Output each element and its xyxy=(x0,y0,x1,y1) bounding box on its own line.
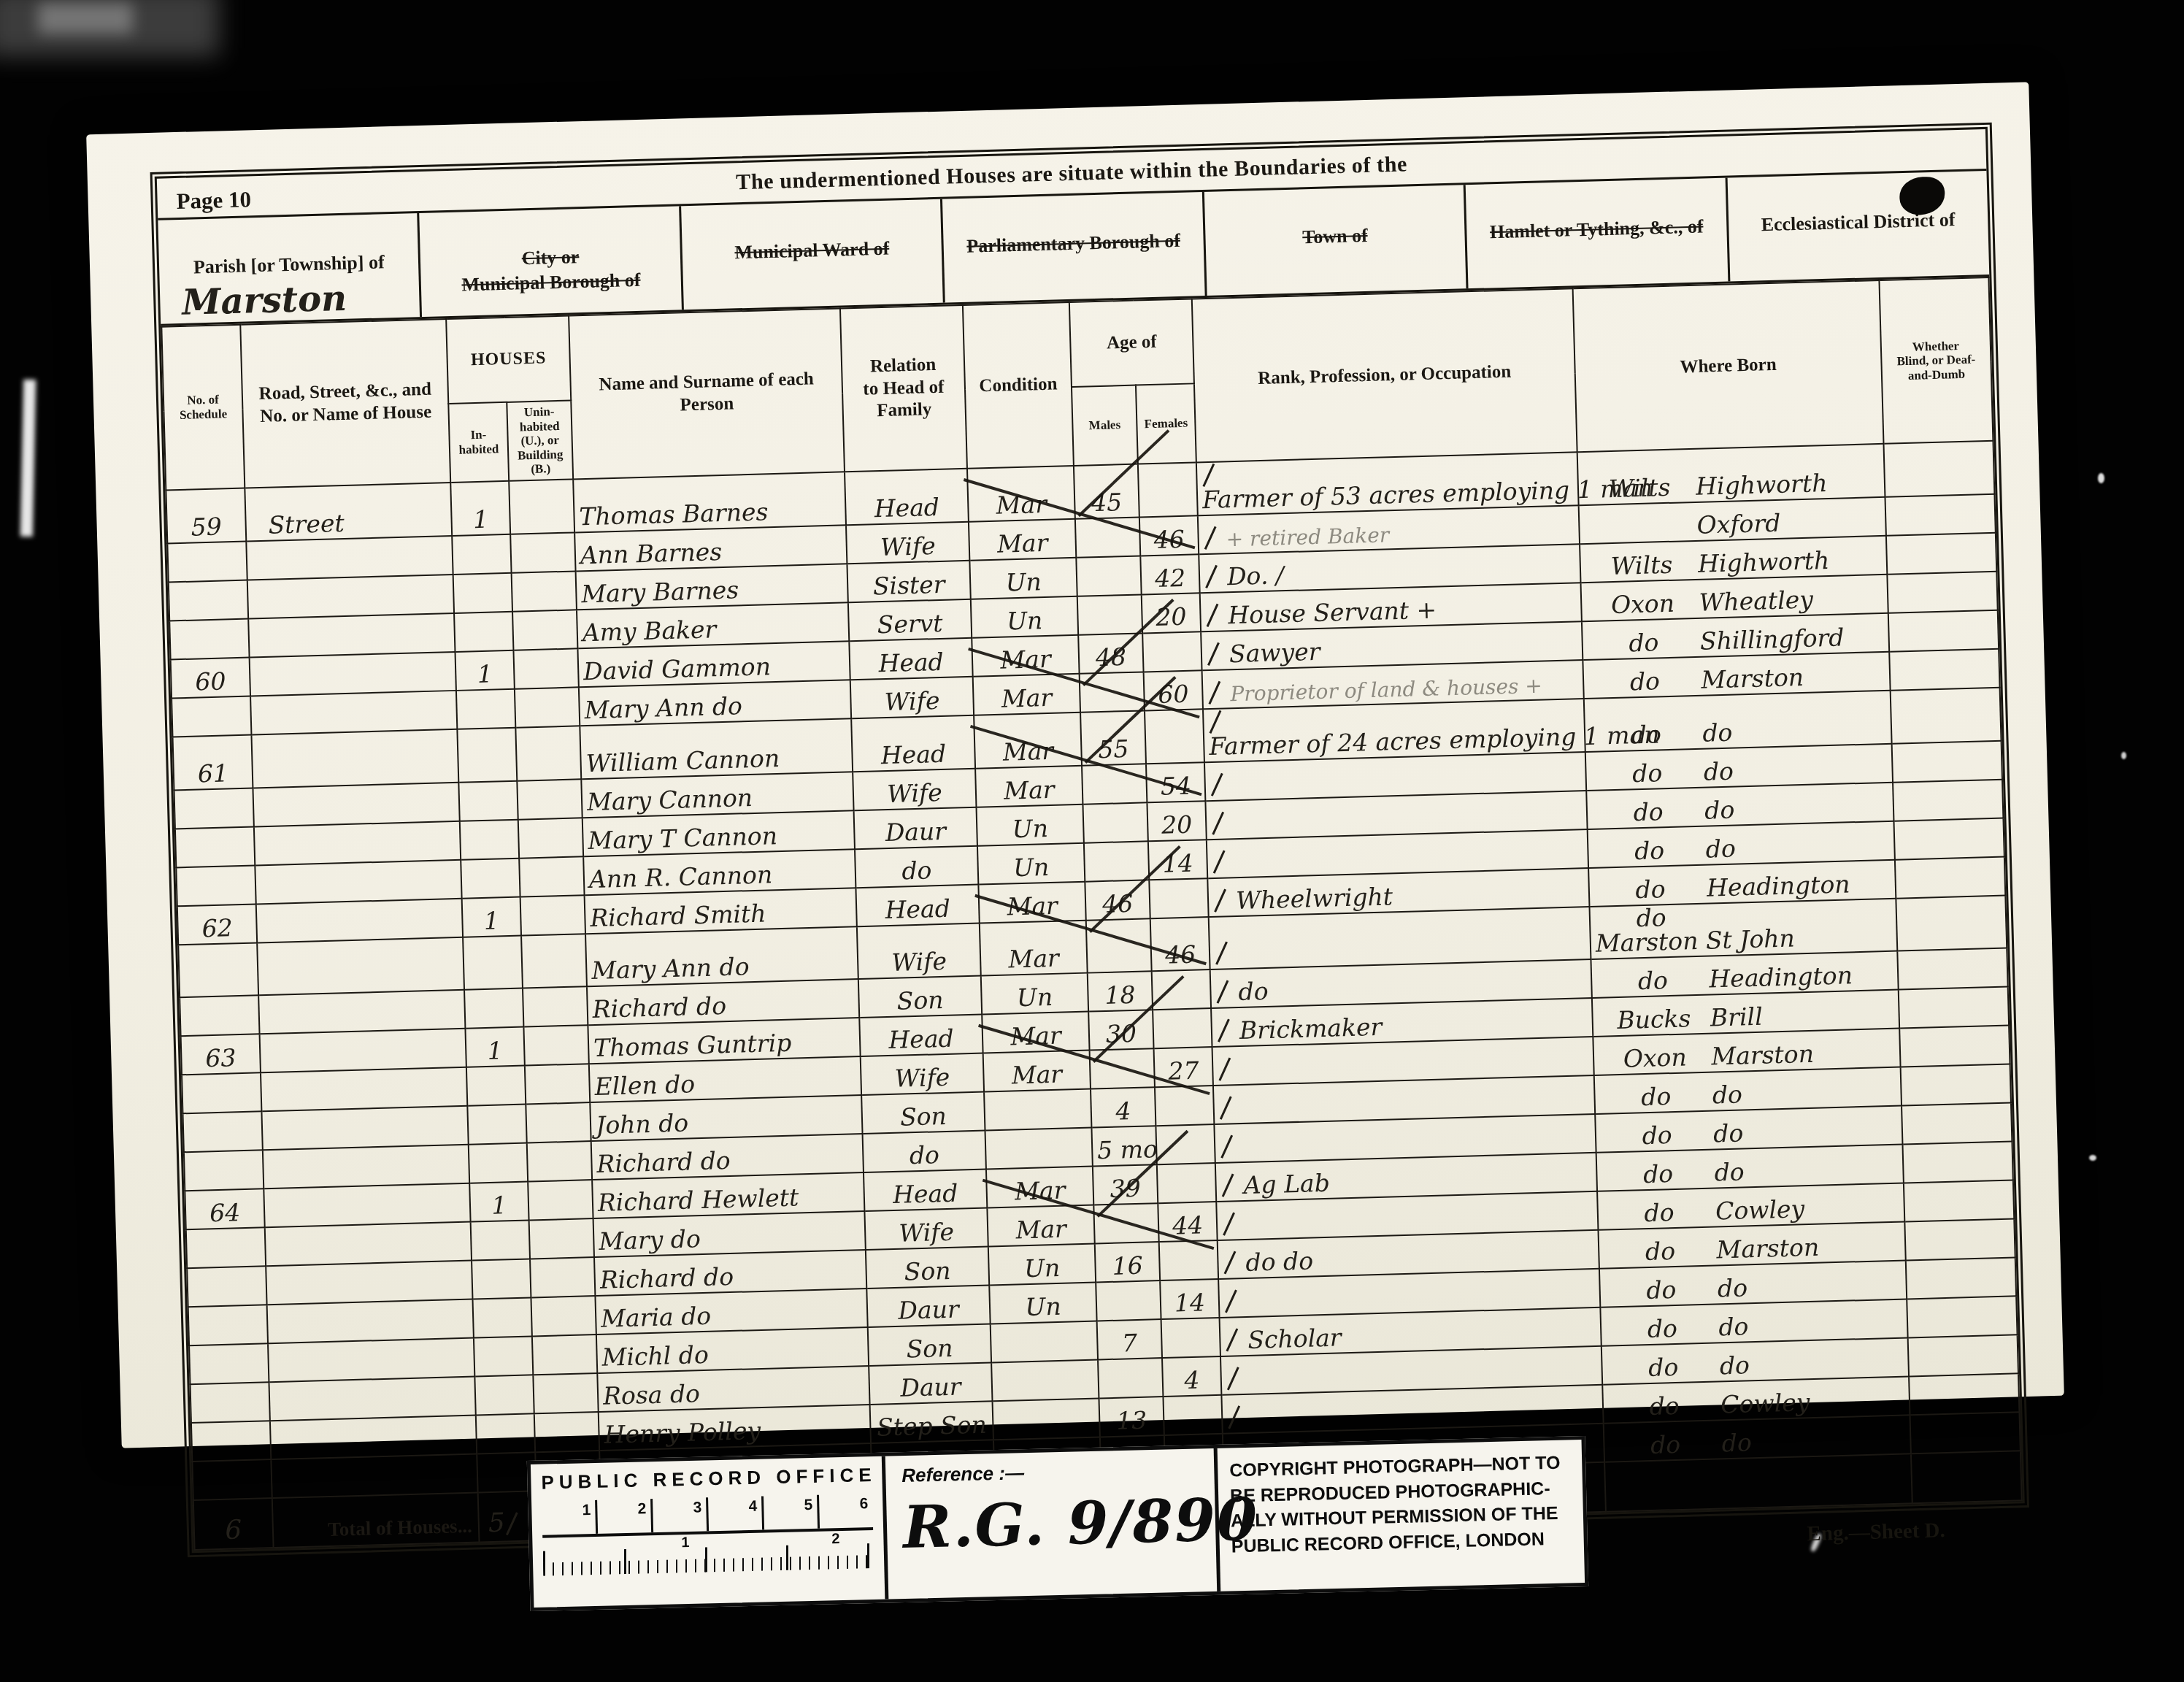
cell-relation: Daur xyxy=(854,807,977,849)
tally-tick xyxy=(1204,526,1217,550)
parish-handwritten-value: Marston xyxy=(182,281,347,320)
ruler-segment: 4 xyxy=(708,1496,764,1531)
cell-road-street xyxy=(261,1067,467,1111)
cell-road-street xyxy=(256,899,463,943)
cell-condition: Mar xyxy=(972,635,1079,677)
cell-road-street xyxy=(248,613,455,658)
cell-blind-deaf xyxy=(1910,1412,2020,1453)
cell-age-female xyxy=(1149,878,1208,918)
cell-schedule-number xyxy=(175,826,255,867)
cell-schedule-number xyxy=(186,1227,266,1268)
tally-tick xyxy=(1227,1367,1239,1390)
cell-uninhabited xyxy=(530,1257,595,1297)
cell-schedule-number xyxy=(174,788,253,829)
cell-relation: Wife xyxy=(853,768,976,810)
cell-age-male: 5 mo xyxy=(1091,1126,1156,1166)
cell-blind-deaf xyxy=(1886,533,1996,575)
cell-relation: Wife xyxy=(846,522,969,564)
cell-inhabited xyxy=(463,935,523,989)
cell-road-street xyxy=(269,1376,475,1421)
cell-blind-deaf xyxy=(1899,1025,2010,1067)
cell-condition: Mar xyxy=(967,466,1075,522)
col-header-born: Where Born xyxy=(1573,280,1884,452)
cell-blind-deaf xyxy=(1909,1373,2019,1415)
cell-relation: do xyxy=(855,845,978,888)
census-form-frame: Page 10 The undermentioned Houses are si… xyxy=(150,123,2029,1557)
cell-uninhabited xyxy=(525,1064,590,1104)
cell-inhabited xyxy=(472,1297,531,1337)
cell-uninhabited xyxy=(527,1141,592,1181)
cell-relation: Head xyxy=(859,1014,983,1056)
cell-condition xyxy=(993,1398,1100,1440)
tally-tick xyxy=(1220,1134,1233,1158)
cell-blind-deaf xyxy=(1896,895,2007,951)
cell-age-male xyxy=(1098,1358,1163,1398)
cell-age-female xyxy=(1142,631,1201,672)
cell-where-born: WiltsHighworth xyxy=(1577,444,1885,505)
cell-schedule-number xyxy=(182,1111,262,1152)
tally-tick xyxy=(1213,850,1226,873)
cell-road-street xyxy=(250,691,457,735)
header-box-parish: Parish [or Township] of Marston xyxy=(158,213,422,324)
cell-person-name: William Cannon xyxy=(580,718,853,779)
col-header-condition: Condition xyxy=(963,302,1074,469)
cell-road-street xyxy=(246,536,453,580)
cell-condition: Mar xyxy=(975,765,1083,807)
cell-schedule-number xyxy=(187,1266,266,1307)
cell-schedule-number xyxy=(169,618,249,659)
stamp-copyright-section: COPYRIGHT PHOTOGRAPH—NOT TO BE REPRODUCE… xyxy=(1218,1440,1585,1591)
header-box-municipal-ward: Municipal Ward of xyxy=(681,199,945,310)
cell-schedule-number: 59 xyxy=(166,488,246,543)
cell-condition: Un xyxy=(969,558,1077,599)
cell-uninhabited xyxy=(519,856,584,896)
cell-schedule-number xyxy=(182,1072,261,1113)
cell-inhabited xyxy=(461,858,520,898)
cell-road-street xyxy=(264,1183,470,1227)
census-rows: 59 Street 1 Thomas Barnes Head Mar 45 Fa… xyxy=(166,441,2020,1500)
ruler-segment: 6 xyxy=(819,1494,873,1529)
cell-condition: Un xyxy=(989,1282,1096,1324)
ruler-segment: 3 xyxy=(653,1497,709,1532)
cell-condition: Un xyxy=(977,842,1085,884)
cell-inhabited xyxy=(460,819,519,859)
cell-inhabited: 1 xyxy=(462,896,521,937)
cell-age-female xyxy=(1163,1395,1222,1435)
cell-uninhabited xyxy=(533,1373,598,1413)
cell-person-name: Mary Ann do xyxy=(585,926,858,986)
cell-uninhabited xyxy=(521,934,587,988)
cell-blind-deaf xyxy=(1899,986,2009,1028)
cell-condition: Un xyxy=(988,1243,1096,1285)
cell-condition: Un xyxy=(981,972,1088,1014)
cell-inhabited xyxy=(476,1413,535,1453)
cell-relation: Head xyxy=(845,469,969,526)
cell-relation: Son xyxy=(866,1246,989,1289)
stamp-office-title: PUBLIC RECORD OFFICE xyxy=(541,1464,872,1494)
cell-road-street xyxy=(265,1221,472,1266)
cell-condition: Mar xyxy=(987,1205,1094,1246)
cell-road-street xyxy=(271,1453,477,1498)
cell-road-street xyxy=(250,652,456,696)
cell-age-female: 20 xyxy=(1147,801,1206,841)
cell-condition: Un xyxy=(977,804,1084,845)
cell-relation: do xyxy=(863,1130,986,1172)
totals-corner-mark: 6 xyxy=(193,1498,274,1550)
cell-blind-deaf xyxy=(1888,610,1999,651)
cell-uninhabited xyxy=(532,1335,597,1375)
col-header-age: Age of xyxy=(1069,299,1194,387)
cell-inhabited xyxy=(456,688,515,729)
tally-tick xyxy=(1217,980,1229,1003)
cell-road-street xyxy=(263,1144,469,1188)
header-box-parliamentary-borough: Parliamentary Borough of xyxy=(942,192,1207,303)
tally-tick xyxy=(1224,1251,1237,1274)
tally-tick xyxy=(1207,642,1220,665)
reference-label: Reference :— xyxy=(901,1457,1199,1487)
cell-age-female xyxy=(1161,1318,1220,1358)
cell-inhabited xyxy=(472,1259,531,1299)
cell-blind-deaf xyxy=(1904,1180,2014,1221)
cell-condition: Mar xyxy=(969,519,1076,561)
cell-person-name: Thomas Barnes xyxy=(573,472,846,532)
cell-blind-deaf xyxy=(1893,779,2003,821)
cell-road-street xyxy=(255,860,461,905)
tally-tick xyxy=(1228,1405,1240,1429)
cell-occupation: Farmer of 24 acres employing 1 man xyxy=(1203,699,1585,762)
cell-inhabited: 1 xyxy=(455,650,514,690)
cell-condition: Mar xyxy=(982,1011,1089,1053)
cell-road-street xyxy=(254,821,461,866)
tally-tick xyxy=(1223,1212,1235,1235)
cell-uninhabited xyxy=(528,1180,593,1220)
cell-relation: Wife xyxy=(861,1053,984,1095)
cell-blind-deaf xyxy=(1904,1218,2015,1260)
cell-condition: Mar xyxy=(980,920,1088,975)
cell-schedule-number xyxy=(178,942,258,997)
ruler-segment: 5 xyxy=(764,1495,820,1530)
public-record-office-stamp: PUBLIC RECORD OFFICE 1 2 3 4 5 6 1 2 Ref… xyxy=(527,1436,1588,1611)
cell-condition: Mar xyxy=(983,1050,1091,1091)
cell-uninhabited xyxy=(520,895,585,935)
cell-age-female: 42 xyxy=(1140,554,1199,594)
census-sheet: Page 10 The undermentioned Houses are si… xyxy=(86,82,2064,1448)
cell-blind-deaf xyxy=(1908,1335,2018,1376)
cell-blind-deaf xyxy=(1885,494,1995,536)
cell-blind-deaf xyxy=(1893,818,2004,859)
cell-uninhabited xyxy=(510,532,575,572)
ruler-segment: 1 xyxy=(542,1500,598,1535)
tally-tick xyxy=(1202,464,1215,487)
header-box-city-borough: City or Municipal Borough of xyxy=(420,206,684,317)
tally-tick xyxy=(1208,680,1220,704)
cell-age-female: 14 xyxy=(1160,1279,1219,1319)
tally-tick xyxy=(1207,603,1219,626)
tally-tick xyxy=(506,1512,518,1535)
cell-blind-deaf xyxy=(1895,856,2005,898)
cell-inhabited xyxy=(469,1143,528,1183)
col-header-houses: HOUSES xyxy=(446,316,571,404)
cell-blind-deaf xyxy=(1907,1296,2017,1337)
census-table: No. of Schedule Road, Street, &c., and N… xyxy=(161,277,2022,1551)
cell-relation: Wife xyxy=(850,676,974,718)
cell-road-street xyxy=(251,729,458,788)
cell-road-street xyxy=(267,1299,474,1343)
tally-tick xyxy=(1205,564,1218,588)
cell-inhabited xyxy=(464,988,523,1028)
cell-uninhabited xyxy=(534,1412,599,1452)
totals-empty-cell xyxy=(1911,1451,2022,1503)
col-header-uninhabited: Unin- habited (U.), or Building (B.) xyxy=(507,401,573,481)
cell-road-street xyxy=(268,1337,474,1382)
cell-blind-deaf xyxy=(1891,687,2002,743)
cell-schedule-number: 63 xyxy=(181,1034,261,1075)
cell-age-female xyxy=(1157,1163,1216,1203)
cell-schedule-number xyxy=(190,1382,269,1423)
cell-age-male xyxy=(1083,802,1147,842)
cell-inhabited: 1 xyxy=(465,1026,524,1067)
header-box-town: Town of xyxy=(1204,185,1469,296)
cell-uninhabited xyxy=(517,779,582,819)
cell-blind-deaf xyxy=(1901,1064,2011,1105)
cell-road-street xyxy=(257,937,464,996)
cell-relation: Head xyxy=(849,638,972,680)
cell-blind-deaf xyxy=(1889,648,1999,690)
cell-schedule-number: 61 xyxy=(172,734,253,790)
tally-tick xyxy=(1220,1096,1232,1119)
film-speck xyxy=(2098,473,2104,483)
cell-road-street xyxy=(261,1105,468,1150)
stamp-reference-section: Reference :— R.G. 9/890 xyxy=(885,1448,1220,1600)
cell-age-female xyxy=(1153,1008,1212,1048)
cell-road-street xyxy=(266,1260,472,1305)
cell-relation: Son xyxy=(861,1091,985,1134)
tally-tick xyxy=(1218,1057,1231,1080)
col-header-schedule: No. of Schedule xyxy=(161,325,245,491)
cell-schedule-number xyxy=(192,1459,272,1500)
cell-blind-deaf xyxy=(1897,948,2007,989)
cell-age-male: 7 xyxy=(1097,1319,1162,1359)
cell-uninhabited xyxy=(531,1296,596,1336)
cell-age-male xyxy=(1076,556,1141,596)
cell-age-male xyxy=(1084,841,1149,881)
cell-relation: Head xyxy=(851,715,975,772)
film-speck xyxy=(2121,752,2126,759)
cell-age-male: 13 xyxy=(1099,1397,1164,1437)
cell-road-street xyxy=(247,575,454,619)
cell-inhabited xyxy=(452,534,511,575)
cell-age-male xyxy=(1096,1280,1161,1321)
cell-inhabited xyxy=(457,727,517,782)
cell-schedule-number xyxy=(184,1150,264,1191)
cell-uninhabited xyxy=(523,1025,588,1065)
col-header-blind: Whether Blind, or Deaf- and-Dumb xyxy=(1879,277,1993,444)
cell-age-male: 4 xyxy=(1091,1087,1156,1127)
cell-road-street xyxy=(260,1028,466,1072)
stamp-ruler-section: PUBLIC RECORD OFFICE 1 2 3 4 5 6 1 2 xyxy=(531,1456,888,1608)
tally-tick xyxy=(1226,1328,1238,1351)
cell-condition: Mar xyxy=(978,881,1085,923)
cell-inhabited xyxy=(453,573,512,613)
cell-condition: Un xyxy=(971,596,1078,638)
cell-condition xyxy=(985,1127,1092,1169)
cell-relation: Wife xyxy=(857,923,981,979)
col-header-occupation: Rank, Profession, or Occupation xyxy=(1192,288,1577,462)
cell-age-female xyxy=(1138,462,1198,517)
totals-houses-label: Total of Houses... xyxy=(272,1492,480,1548)
film-scratch xyxy=(20,380,36,537)
header-box-hamlet: Hamlet or Tything, &c., of xyxy=(1466,178,1730,289)
cell-age-female: 4 xyxy=(1162,1356,1221,1397)
tally-tick xyxy=(1215,941,1228,964)
centimetre-ruler: 1 2 xyxy=(542,1530,874,1576)
cell-inhabited xyxy=(454,612,513,652)
cell-blind-deaf xyxy=(1884,441,1995,497)
cell-uninhabited xyxy=(523,986,588,1026)
cell-uninhabited xyxy=(512,571,577,611)
cell-relation: Daur xyxy=(866,1285,990,1327)
cell-age-male: 16 xyxy=(1095,1242,1160,1282)
cell-relation: Head xyxy=(855,884,979,926)
cell-blind-deaf xyxy=(1887,571,1997,612)
film-speck xyxy=(2089,1155,2096,1161)
cell-where-born: doMarston St John xyxy=(1590,898,1898,959)
cell-uninhabited xyxy=(529,1218,594,1259)
tally-tick xyxy=(1225,1289,1237,1313)
col-header-inhabited: In- habited xyxy=(448,402,509,483)
cell-blind-deaf xyxy=(1902,1141,2012,1183)
cell-schedule-number xyxy=(172,696,251,737)
cell-condition: Mar xyxy=(986,1166,1093,1207)
cell-schedule-number xyxy=(189,1343,269,1384)
tally-tick xyxy=(1214,888,1226,912)
cell-road-street: Street xyxy=(245,483,452,542)
cell-schedule-number xyxy=(188,1305,268,1345)
cell-blind-deaf xyxy=(1902,1102,2012,1144)
cell-relation: Servt xyxy=(848,599,972,642)
cell-inhabited xyxy=(471,1220,530,1260)
cell-schedule-number: 62 xyxy=(177,904,257,945)
cell-inhabited xyxy=(467,1104,526,1144)
film-smudge xyxy=(38,3,133,34)
cell-schedule-number xyxy=(180,995,259,1036)
header-box-ecclesiastical: Ecclesiastical District of xyxy=(1727,171,1989,282)
cell-uninhabited xyxy=(512,610,577,650)
cell-age-male: 18 xyxy=(1088,971,1153,1011)
col-header-name: Name and Surname of each Person xyxy=(569,308,845,479)
cell-schedule-number xyxy=(176,865,255,906)
cell-schedule-number xyxy=(169,580,248,621)
cell-relation: Son xyxy=(868,1324,991,1366)
totals-empty-cell xyxy=(1604,1453,1912,1511)
cell-relation: Head xyxy=(864,1169,987,1211)
cell-condition: Mar xyxy=(973,674,1080,715)
cell-schedule-number: 60 xyxy=(171,657,250,698)
cell-condition: Mar xyxy=(974,713,1082,769)
tally-tick xyxy=(1210,710,1222,733)
cell-condition xyxy=(984,1088,1091,1130)
tally-tick xyxy=(1211,772,1223,796)
cell-relation: Son xyxy=(858,975,982,1018)
cell-relation: Wife xyxy=(864,1207,988,1250)
film-background: { "page": { "page_label": "Page 10", "bo… xyxy=(0,0,2184,1682)
cell-uninhabited xyxy=(509,479,574,534)
tally-tick xyxy=(1222,1173,1234,1197)
cell-schedule-number xyxy=(167,541,247,582)
cell-uninhabited xyxy=(515,726,581,780)
cell-road-street xyxy=(270,1415,477,1459)
tally-tick xyxy=(1218,1018,1230,1042)
cell-condition xyxy=(991,1359,1099,1401)
cell-inhabited: 1 xyxy=(469,1181,528,1221)
ruler-segment: 2 xyxy=(597,1499,653,1534)
cell-uninhabited xyxy=(515,687,580,727)
cell-uninhabited xyxy=(518,818,583,858)
cell-inhabited xyxy=(474,1375,534,1415)
col-header-road: Road, Street, &c., and No. or Name of Ho… xyxy=(240,319,450,488)
cell-road-street xyxy=(258,989,465,1034)
cell-inhabited xyxy=(474,1336,533,1376)
tally-tick xyxy=(1212,811,1224,834)
cell-relation: Step Son xyxy=(870,1401,993,1443)
cell-inhabited xyxy=(466,1065,526,1105)
cell-relation: Sister xyxy=(847,561,970,603)
cell-inhabited xyxy=(458,780,518,821)
cell-schedule-number xyxy=(191,1421,271,1462)
cell-road-street xyxy=(253,783,459,827)
cell-condition xyxy=(991,1321,1098,1362)
cell-relation: Daur xyxy=(869,1362,992,1405)
col-header-relation: Relation to Head of Family xyxy=(840,305,967,472)
cell-inhabited: 1 xyxy=(450,481,510,536)
cell-schedule-number: 64 xyxy=(185,1188,264,1229)
cell-uninhabited xyxy=(513,648,578,688)
page-number-label: Page 10 xyxy=(176,186,251,215)
cell-occupation: Farmer of 53 acres employing 1 man xyxy=(1196,452,1579,515)
col-header-males: Males xyxy=(1072,385,1138,466)
cell-age-male xyxy=(1077,594,1142,634)
reference-number: R.G. 9/890 xyxy=(902,1486,1200,1562)
cell-blind-deaf xyxy=(1892,740,2002,782)
cell-uninhabited xyxy=(526,1102,591,1143)
cell-blind-deaf xyxy=(1906,1257,2016,1299)
